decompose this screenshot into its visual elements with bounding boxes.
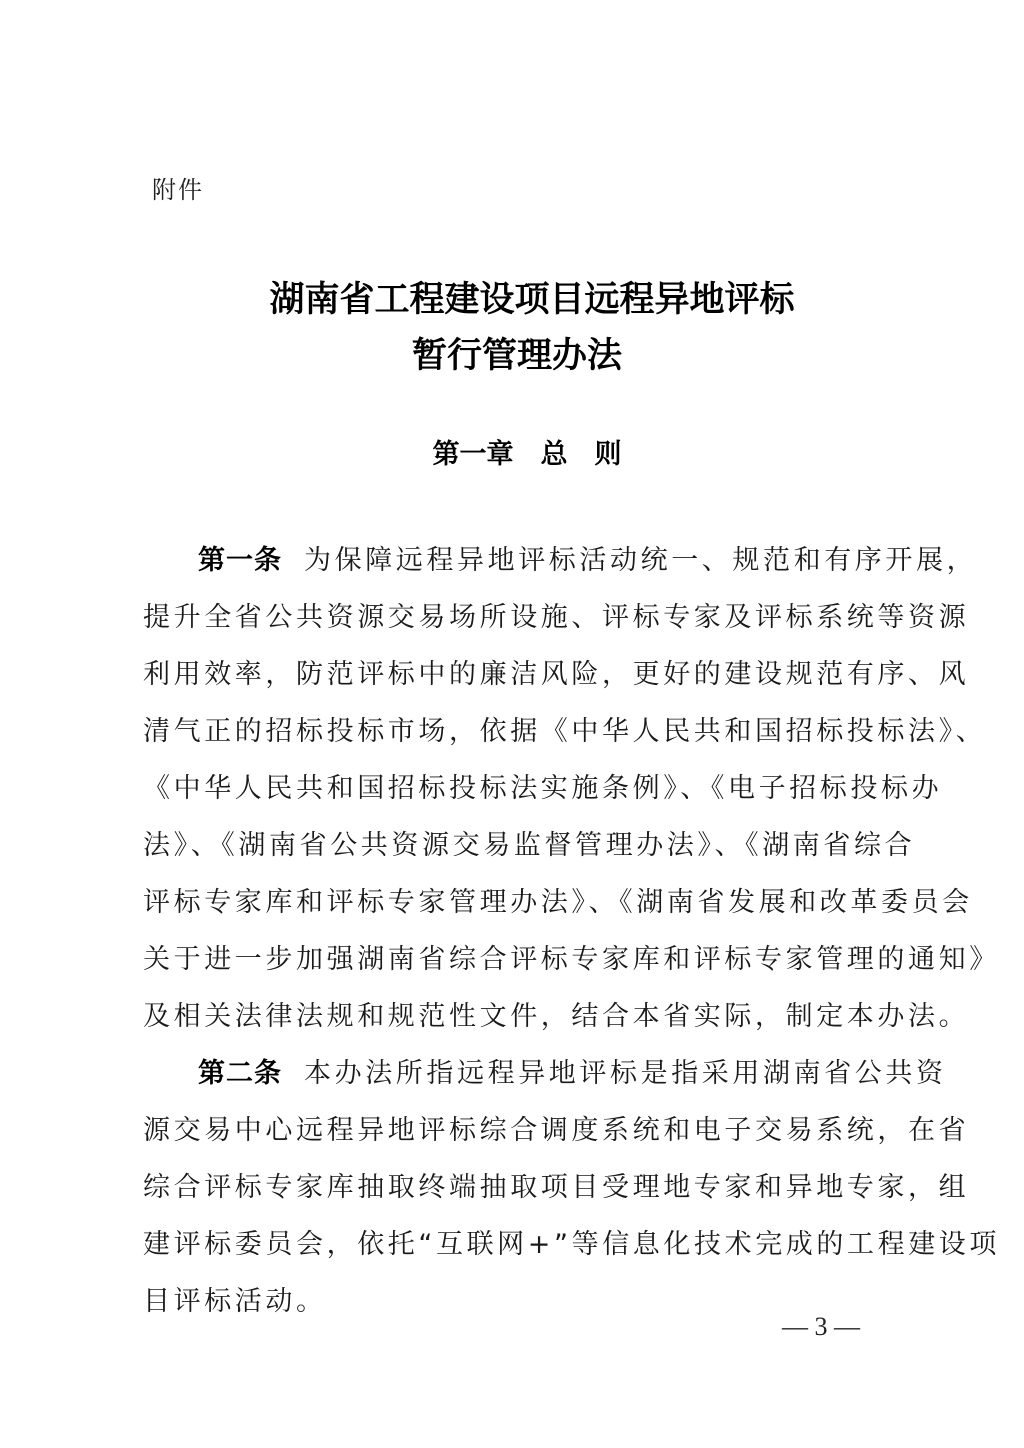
document-title-line-1: 湖南省工程建设项目远程异地评标 — [0, 272, 1024, 322]
article-1-line: 利用效率，防范评标中的廉洁风险，更好的建设规范有序、风 — [143, 652, 903, 691]
article-2-line: 综合评标专家库抽取终端抽取项目受理地专家和异地专家，组 — [143, 1165, 903, 1204]
article-1-first-line: 第一条为保障远程异地评标活动统一、规范和有序开展， — [198, 538, 958, 577]
attachment-label: 附件 — [152, 170, 204, 205]
article-1-line: 《中华人民共和国招标投标法实施条例》、《电子招标投标办 — [143, 766, 903, 805]
article-2-line: 源交易中心远程异地评标综合调度系统和电子交易系统，在省 — [143, 1108, 903, 1147]
article-2-label: 第二条 — [198, 1058, 282, 1089]
article-1-line: 及相关法律法规和规范性文件，结合本省实际，制定本办法。 — [143, 994, 903, 1033]
article-1-line: 法》、《湖南省公共资源交易监督管理办法》、《湖南省综合 — [143, 823, 903, 862]
document-title-line-2: 暂行管理办法 — [0, 328, 1024, 378]
article-1-line: 关于进一步加强湖南省综合评标专家库和评标专家管理的通知》 — [143, 937, 903, 976]
article-2-line: 建评标委员会，依托“互联网+”等信息化技术完成的工程建设项 — [143, 1222, 903, 1261]
article-1-line: 评标专家库和评标专家管理办法》、《湖南省发展和改革委员会 — [143, 880, 903, 919]
article-2-text: 本办法所指远程异地评标是指采用湖南省公共资 — [304, 1058, 947, 1089]
article-1-label: 第一条 — [198, 545, 282, 576]
article-1-text: 为保障远程异地评标活动统一、规范和有序开展， — [304, 545, 977, 576]
chapter-heading: 第一章 总 则 — [0, 432, 1024, 471]
article-2-first-line: 第二条本办法所指远程异地评标是指采用湖南省公共资 — [198, 1051, 958, 1090]
page-number: — 3 — — [782, 1312, 860, 1342]
article-1-line: 提升全省公共资源交易场所设施、评标专家及评标系统等资源 — [143, 595, 903, 634]
article-1-line: 清气正的招标投标市场，依据《中华人民共和国招标投标法》、 — [143, 709, 903, 748]
document-page: 附件 湖南省工程建设项目远程异地评标 暂行管理办法 第一章 总 则 第一条为保障… — [0, 0, 1024, 1448]
